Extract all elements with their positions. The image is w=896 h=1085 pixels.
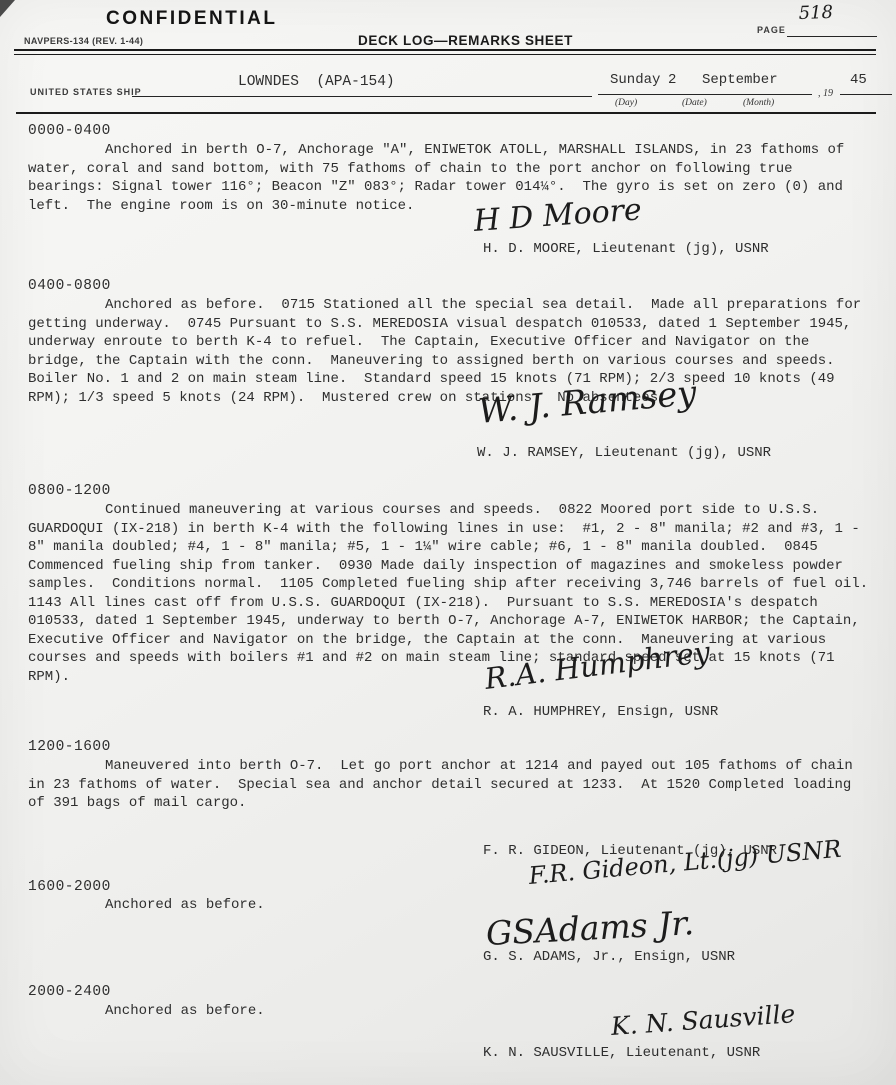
page-label: PAGE [757, 25, 786, 35]
log-entry-0400-0800: Anchored as before. 0715 Stationed all t… [28, 296, 876, 407]
signature-ramsey-typed: W. J. RAMSEY, Lieutenant (jg), USNR [477, 444, 771, 463]
header-bottom-rule [16, 112, 876, 114]
month-caption: (Month) [743, 98, 774, 108]
ship-name: LOWNDES (APA-154) [238, 73, 395, 92]
log-entry-1200-1600: Maneuvered into berth O-7. Let go port a… [28, 757, 876, 813]
signature-moore-typed: H. D. MOORE, Lieutenant (jg), USNR [483, 240, 769, 259]
year-prefix: , 19 [818, 88, 833, 99]
signature-sausville-typed: K. N. SAUSVILLE, Lieutenant, USNR [483, 1044, 760, 1063]
form-number: NAVPERS-134 (REV. 1-44) [24, 36, 143, 46]
log-entry-1600-2000: Anchored as before. [105, 896, 265, 915]
signature-adams-typed: G. S. ADAMS, Jr., Ensign, USNR [483, 948, 735, 967]
page-number-handwritten: 518 [798, 2, 833, 24]
log-entry-0000-0400: Anchored in berth O-7, Anchorage "A", EN… [28, 141, 876, 215]
signature-sausville-handwritten: K. N. Sausville [610, 999, 796, 1041]
date-caption: (Date) [682, 98, 707, 108]
watch-time-1200-1600: 1200-1600 [28, 738, 111, 757]
header-double-rule [14, 49, 876, 55]
signature-humphrey-typed: R. A. HUMPHREY, Ensign, USNR [483, 703, 718, 722]
deck-log-page: CONFIDENTIAL PAGE 518 NAVPERS-134 (REV. … [0, 0, 896, 1085]
scan-corner-mark [0, 0, 15, 17]
watch-time-0400-0800: 0400-0800 [28, 277, 111, 296]
date-line [598, 78, 812, 95]
ship-label: UNITED STATES SHIP [30, 87, 142, 97]
day-caption: (Day) [615, 98, 637, 108]
watch-time-1600-2000: 1600-2000 [28, 878, 111, 897]
watch-time-0800-1200: 0800-1200 [28, 482, 111, 501]
watch-time-0000-0400: 0000-0400 [28, 122, 111, 141]
log-entry-2000-2400: Anchored as before. [105, 1002, 265, 1021]
classification-stamp: CONFIDENTIAL [106, 8, 277, 30]
signature-adams-handwritten: GSAdams Jr. [485, 903, 695, 953]
watch-time-2000-2400: 2000-2400 [28, 983, 111, 1002]
year-line [840, 78, 892, 95]
log-entry-0800-1200: Continued maneuvering at various courses… [28, 501, 876, 686]
document-title: DECK LOG—REMARKS SHEET [358, 33, 573, 48]
